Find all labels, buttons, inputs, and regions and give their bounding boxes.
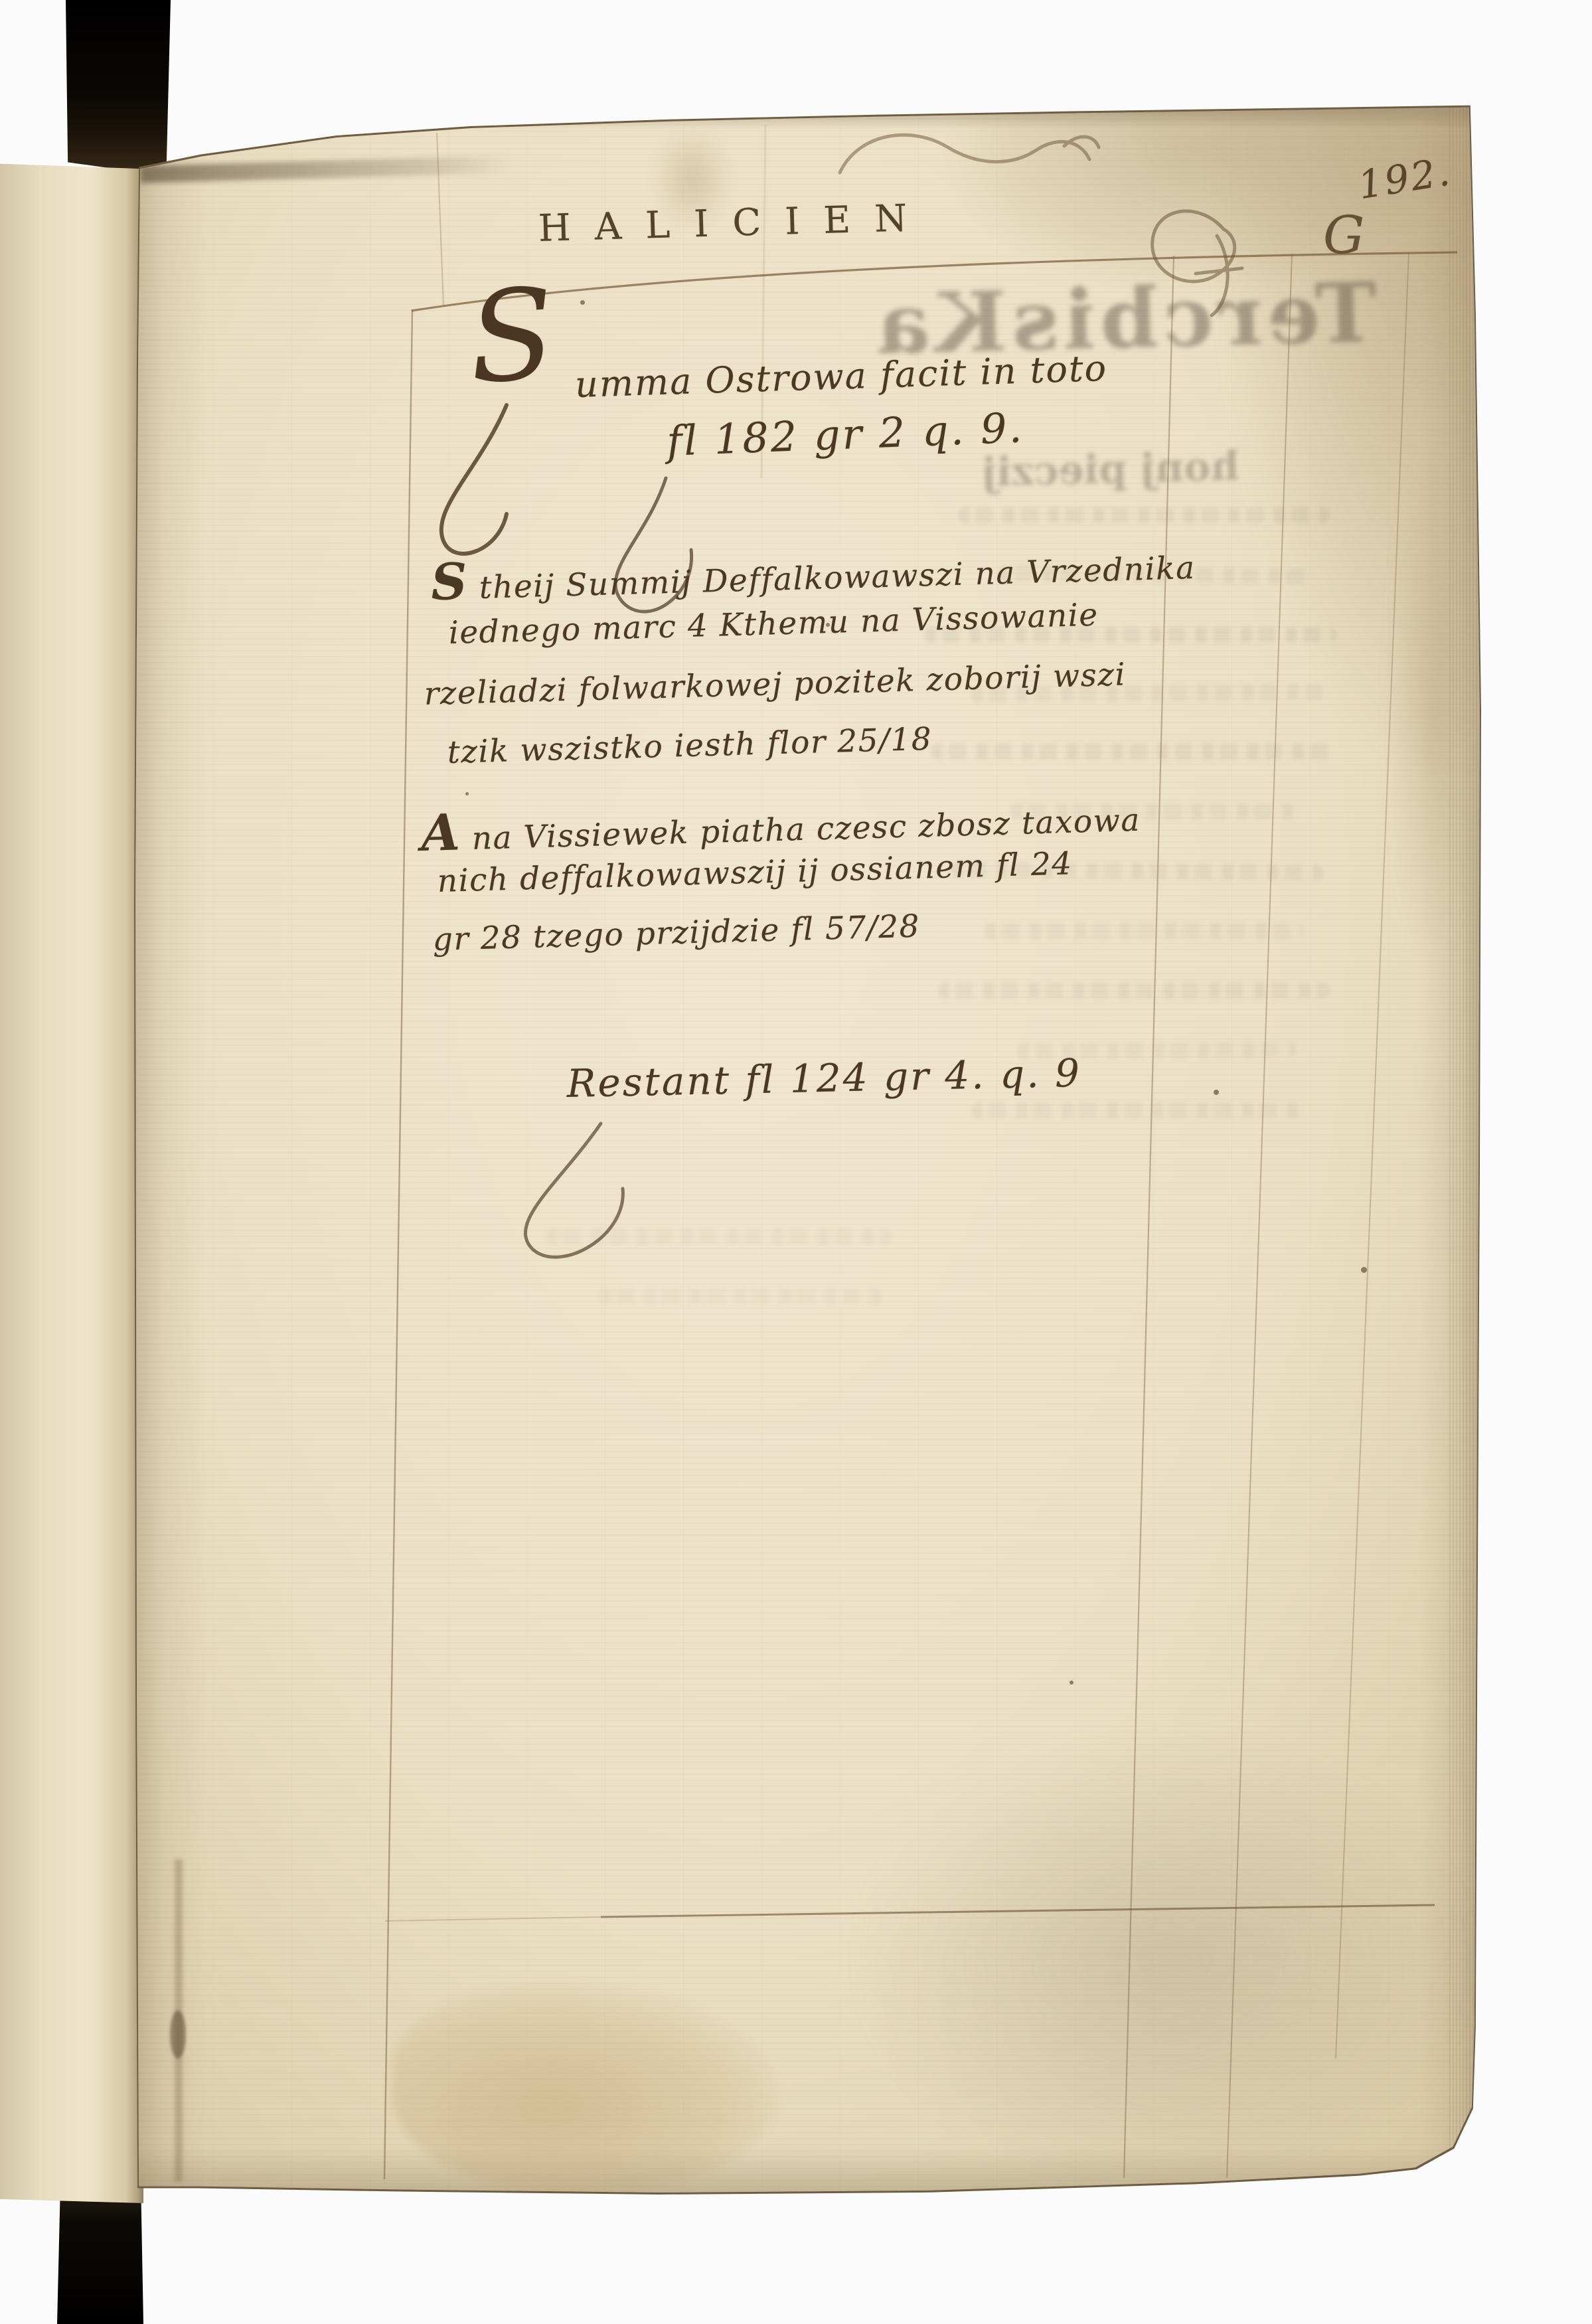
- stain-gutter-blob: [170, 2011, 186, 2058]
- stain-bottom-right-mottle: [852, 1726, 1476, 2191]
- body-line: gr 28 tzego przijdzie fl 57/28: [432, 908, 921, 957]
- foxing-dot: [465, 792, 469, 795]
- body-line: tzik wszistko iesth flor 25/18: [447, 721, 933, 771]
- page-header-title: HALICIEN: [538, 196, 931, 250]
- body-line: rzeliadzi folwarkowej pozitek zoborij ws…: [424, 656, 1127, 712]
- header-flourish-icon: [840, 135, 1099, 173]
- foxing-dot: [1214, 1090, 1219, 1095]
- stain-top-edge: [140, 155, 513, 183]
- restant-swash: [526, 1123, 623, 1257]
- bleedthrough-row: [958, 507, 1330, 523]
- gathering-letter: G: [1323, 206, 1364, 266]
- foxing-dot: [1361, 1267, 1367, 1273]
- summa-line: umma Ostrowa facit in toto: [574, 347, 1108, 406]
- stain-bottom-left: [392, 1984, 777, 2193]
- bleedthrough-row: [985, 923, 1303, 939]
- bleedthrough-row: [971, 1102, 1303, 1118]
- bleedthrough-row: [599, 1288, 885, 1304]
- bleedthrough-row: [938, 983, 1330, 999]
- bleedthrough-row: [931, 744, 1330, 760]
- summa-initial: S: [465, 272, 559, 402]
- previous-page-edge: [0, 161, 143, 2203]
- restant-line: Restant fl 124 gr 4. q. 9: [566, 1050, 1082, 1106]
- manuscript-scan: TercbisKa honj pieczij: [0, 0, 1592, 2324]
- bleedthrough-row: [546, 1228, 892, 1244]
- folio-number: 192.: [1355, 149, 1455, 208]
- foxing-dot: [1070, 1681, 1074, 1685]
- stain-gutter-streak: [175, 1859, 183, 2182]
- initial-swash: [441, 405, 507, 554]
- foxing-dot: [580, 300, 585, 305]
- bookmark-ribbon-top: [66, 0, 171, 173]
- manuscript-page: TercbisKa honj pieczij: [135, 106, 1480, 2193]
